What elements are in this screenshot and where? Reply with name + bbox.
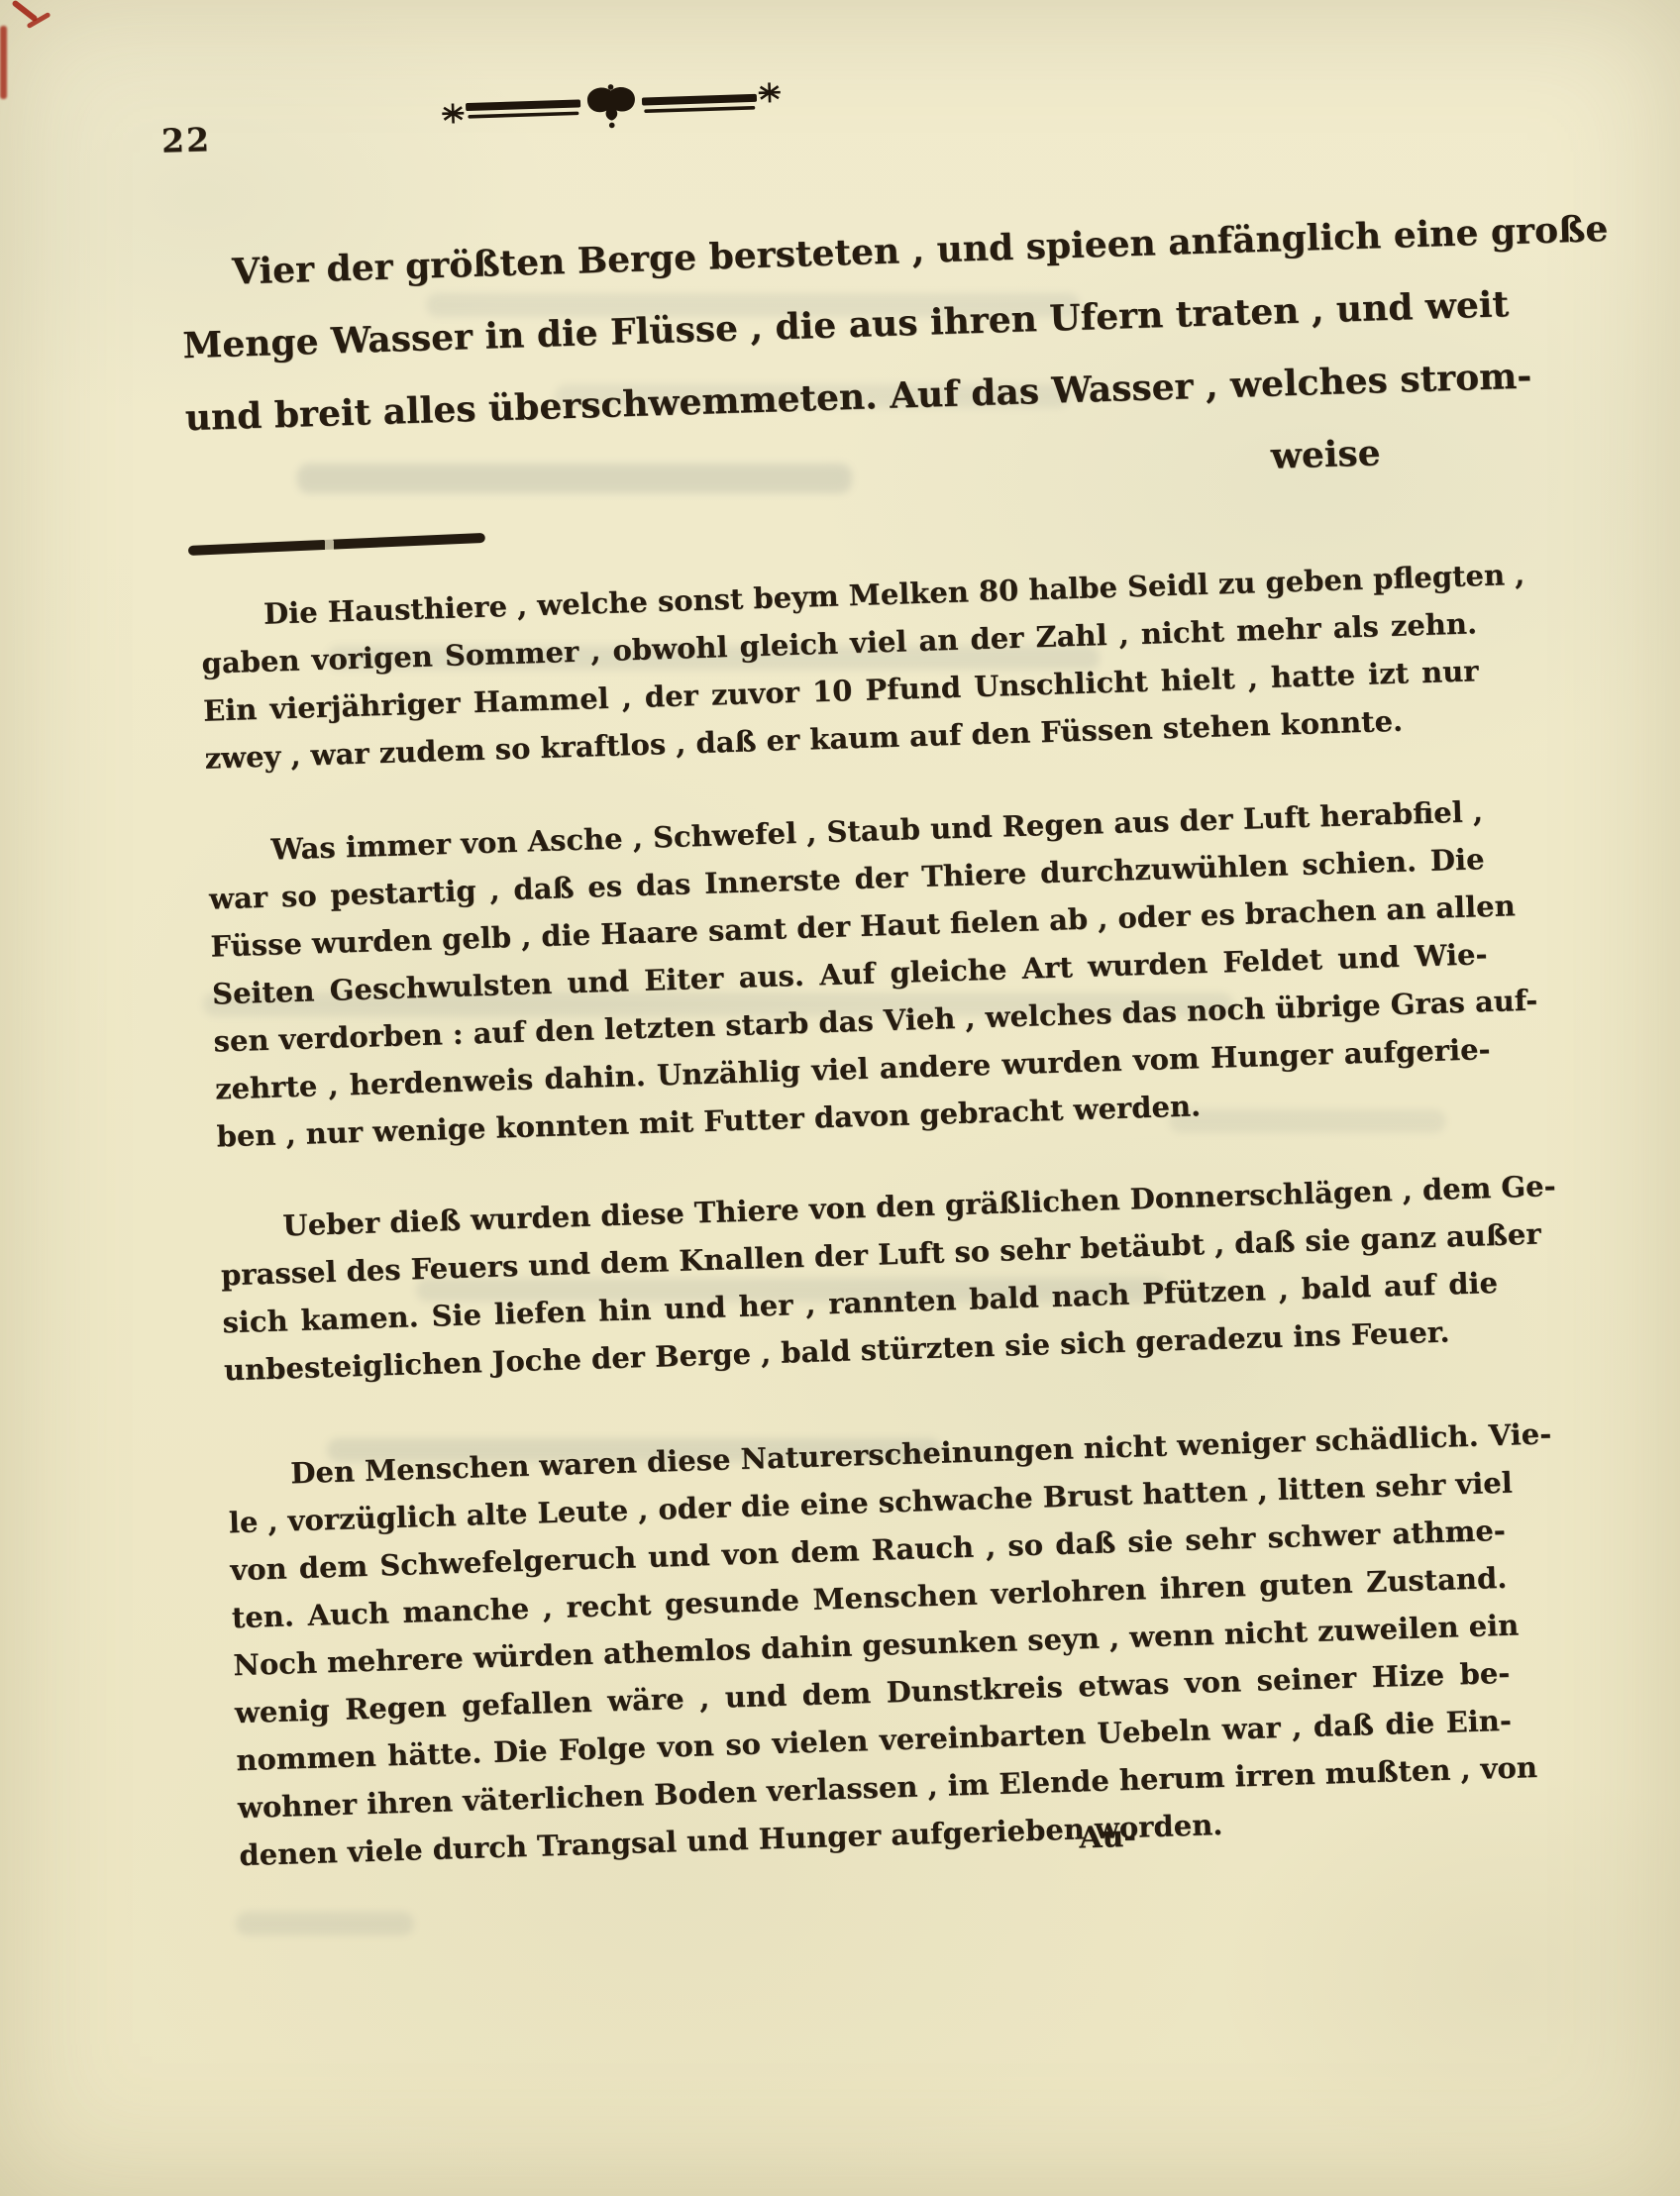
paragraph: Was immer von Asche , Schwefel , Staub u…	[207, 787, 1493, 1160]
fleuron-divider-icon	[438, 78, 786, 135]
paragraph: Den Menschen waren diese Naturerscheinun…	[227, 1412, 1516, 1879]
page-content: 22 Vier der größten Berge bersteten , un…	[0, 0, 1680, 2196]
paragraph: Die Hausthiere , welche sonst beym Melke…	[199, 552, 1480, 782]
page-number: 22	[160, 120, 211, 160]
paragraph: Ueber dieß wurden diese Thiere von den g…	[219, 1164, 1500, 1394]
section-divider-rule	[188, 533, 485, 556]
scanned-book-page: 22 Vier der größten Berge bersteten , un…	[0, 0, 1680, 2196]
lead-paragraph: Vier der größten Berge bersteten , und s…	[179, 198, 1473, 528]
